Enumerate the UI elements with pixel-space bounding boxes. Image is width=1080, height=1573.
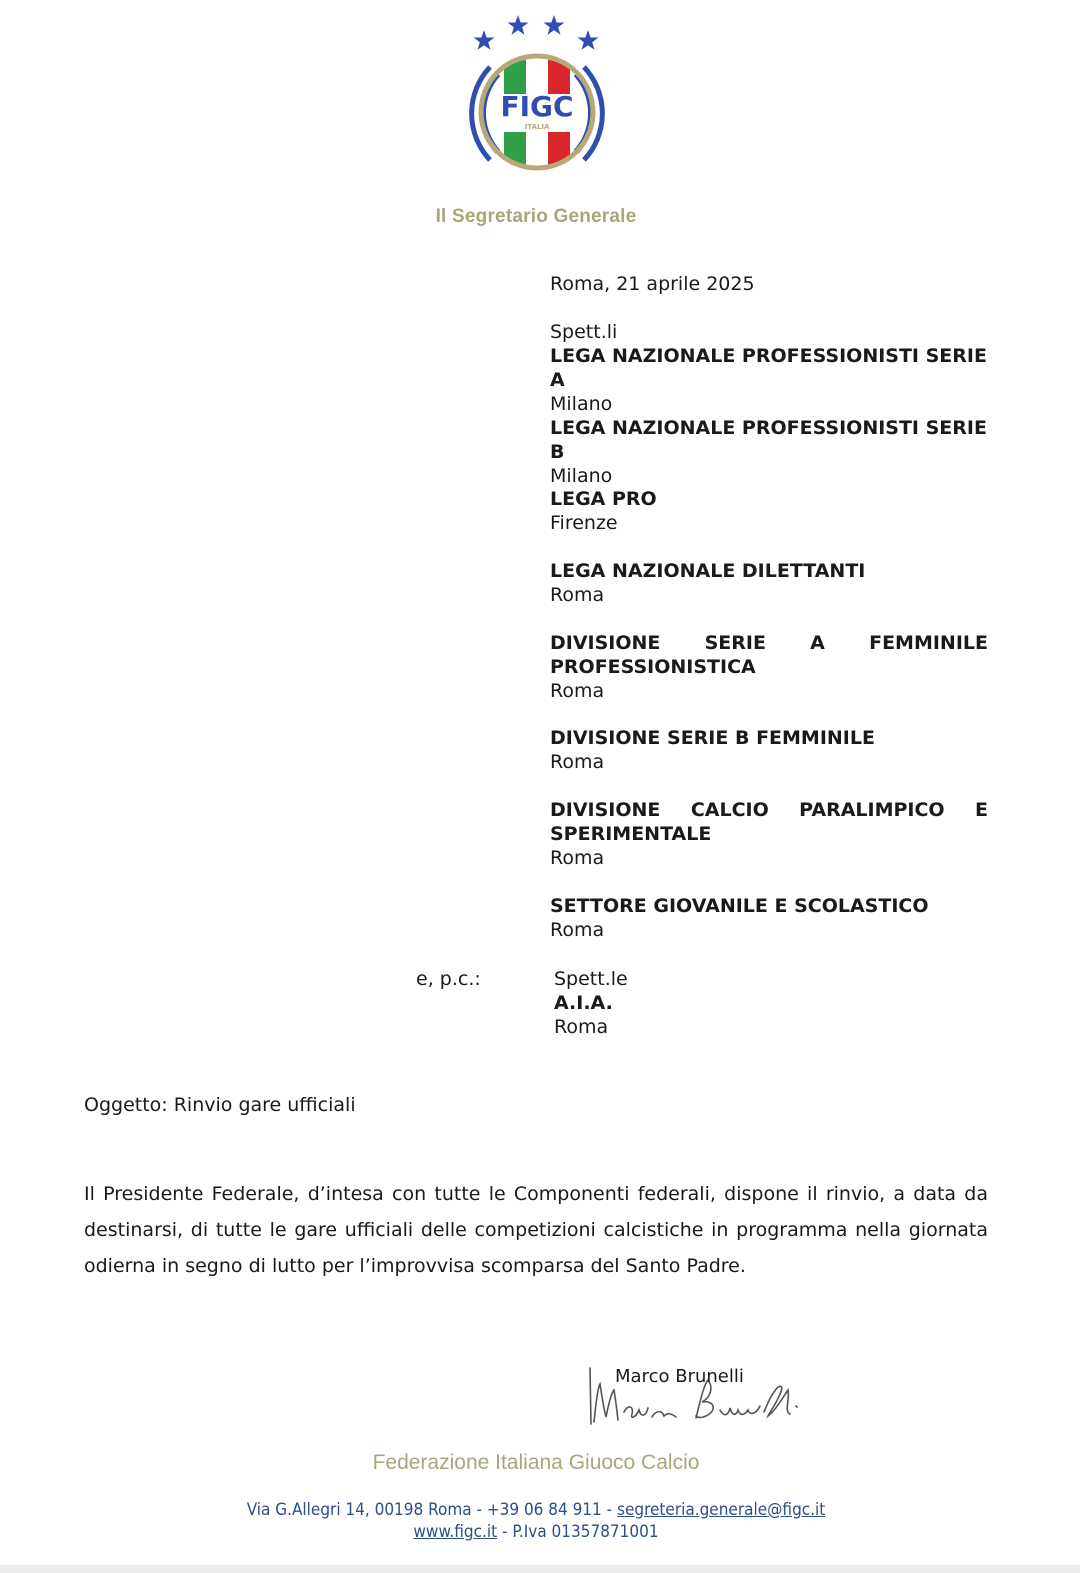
star-icon [474,15,599,50]
recipient: LEGA PRO Firenze [550,487,988,535]
signer-name: Marco Brunelli [615,1366,744,1387]
recipient-name: DIVISIONE SERIE B FEMMINILE [550,726,988,750]
recipient-city: Roma [550,679,988,703]
subject-line: Oggetto: Rinvio gare ufficiali [84,1094,356,1116]
footer-address: Via G.Allegri 14, 00198 Roma - +39 06 84… [247,1500,617,1520]
cc-name: A.I.A. [554,991,628,1015]
recipient: DIVISIONE CALCIO PARALIMPICO E SPERIMENT… [550,798,988,870]
footer-contact-line: Via G.Allegri 14, 00198 Roma - +39 06 84… [0,1500,1072,1520]
logo-text: FIGC [500,90,573,123]
federation-name: Federazione Italiana Giuoco Calcio [0,1451,1072,1475]
recipient-name: SETTORE GIOVANILE E SCOLASTICO [550,894,988,918]
recipient-name-line2: SPERIMENTALE [550,822,988,846]
recipient-name-line1: DIVISIONE SERIE A FEMMINILE [550,631,988,655]
footer-vat: - P.Iva 01357871001 [497,1522,658,1542]
recipient-name: LEGA PRO [550,487,988,511]
cc-label: e, p.c.: [416,967,481,991]
date-line: Roma, 21 aprile 2025 [550,272,988,296]
recipient-name: LEGA NAZIONALE DILETTANTI [550,559,988,583]
website-link[interactable]: www.figc.it [413,1522,497,1542]
recipient: DIVISIONE SERIE A FEMMINILE PROFESSIONIS… [550,631,988,703]
office-title: Il Segretario Generale [0,206,1072,228]
recipient: LEGA NAZIONALE DILETTANTI Roma [550,559,988,607]
recipient-city: Milano [550,392,988,416]
logo-subtext: ITALIA [525,123,550,131]
recipient-city: Roma [550,846,988,870]
recipient: SETTORE GIOVANILE E SCOLASTICO Roma [550,894,988,942]
recipient-name-line2: PROFESSIONISTICA [550,655,988,679]
recipient-city: Roma [550,918,988,942]
footer-web-line: www.figc.it - P.Iva 01357871001 [0,1522,1072,1542]
recipient-name-line1: DIVISIONE CALCIO PARALIMPICO E [550,798,988,822]
recipient-name: LEGA NAZIONALE PROFESSIONISTI SERIE A [550,344,988,392]
recipient-city: Roma [550,750,988,774]
figc-logo: FIGC ITALIA [468,12,606,178]
cc-city: Roma [554,1015,628,1039]
cc-salutation: Spett.le [554,967,628,991]
letter-body: Il Presidente Federale, d’intesa con tut… [84,1176,988,1284]
recipient-city: Roma [550,583,988,607]
cc-recipient: Spett.le A.I.A. Roma [554,967,628,1039]
recipient-group: Spett.li LEGA NAZIONALE PROFESSIONISTI S… [550,320,988,416]
recipient: LEGA NAZIONALE PROFESSIONISTI SERIE B Mi… [550,416,988,488]
recipients-salutation: Spett.li [550,320,988,344]
email-link[interactable]: segreteria.generale@figc.it [617,1500,825,1520]
page-bottom-edge [0,1565,1080,1573]
recipient-name: LEGA NAZIONALE PROFESSIONISTI SERIE B [550,416,988,464]
recipient: DIVISIONE SERIE B FEMMINILE Roma [550,726,988,774]
recipient-city: Milano [550,464,988,488]
recipient-city: Firenze [550,511,988,535]
